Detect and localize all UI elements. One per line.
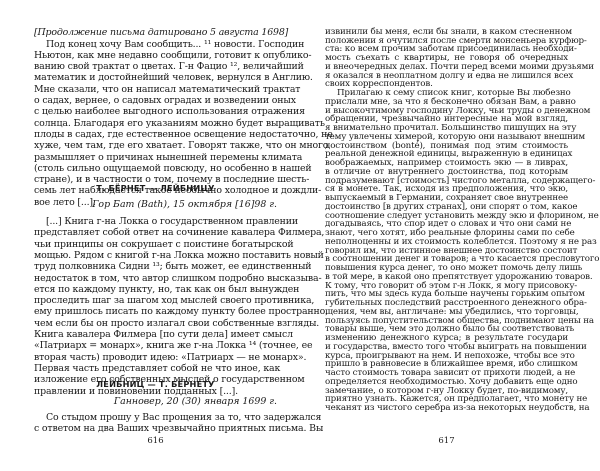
body-line: вторая часть) проводит идею: «Патриарх —… (34, 352, 277, 363)
body-line: ему пришлось писать по каждому пункту бо… (34, 306, 277, 317)
body-line: размышляет о причинах нынешней перемены … (34, 152, 277, 163)
left-page: [Продолжение письма датировано 5 августа… (34, 0, 277, 471)
letter-dateline: Ганновер, 20 (30) января 1699 г. (34, 396, 277, 407)
body-line: Книга кавалера Филмера [по сути дела] им… (34, 329, 277, 340)
body-line: о садах, вернее, о садовых оградах и воз… (34, 95, 277, 106)
body-line: проследить шаг за шагом ход мыслей своег… (34, 295, 277, 306)
body-line: представляет собой ответ на сочинение ка… (34, 227, 277, 238)
body-line: с целью наиболее выгодного использования… (34, 106, 277, 117)
continuation-note: [Продолжение письма датировано 5 августа… (34, 27, 277, 38)
body-line: ется по каждому пункту, но, так как он б… (34, 284, 277, 295)
body-line: чеканят из чистого серебра из-за некотор… (325, 404, 568, 413)
letter-dateline: Гор Бат (Bath), 15 октября [16]98 г. (34, 199, 277, 210)
body-line: Под конец хочу Вам сообщить... ¹¹ новост… (34, 39, 277, 50)
body-line: чьи принципы он сокрушает с поистине бог… (34, 239, 277, 250)
letter-heading: ЛЕЙБНИЦ — Т. БЁРНЕТУ (34, 379, 277, 389)
body-line: Мне сказали, что он написал математическ… (34, 84, 277, 95)
body-line: (столь сильно ощущаемой повсюду, но особ… (34, 163, 277, 174)
body-line: «Патриарх = монарх», книга же г-на Локка… (34, 340, 277, 351)
right-page: извинили бы меня, если бы знали, в каком… (325, 0, 568, 471)
body-line: мощью. Рядом с книгой г-на Локка можно п… (34, 250, 277, 261)
page-number: 616 (34, 436, 277, 446)
body-line: Ньютон, как мне недавно сообщили, готови… (34, 50, 277, 61)
body-line: математик и достойнейший человек, вернул… (34, 72, 277, 83)
body-line: недостаток в том, что автор слишком подр… (34, 273, 277, 284)
body-line: ванию свой трактат о цветах. Г-н Фацио ¹… (34, 61, 277, 72)
body-line: [...] Книга г-на Локка о государственном… (34, 216, 277, 227)
body-line: труд полковника Сидни ¹³; быть может, ее… (34, 261, 277, 272)
body-line: чем если бы он просто излагал свои собст… (34, 318, 277, 329)
body-line: плоды в садах, где естественное освещени… (34, 129, 277, 140)
body-line: солнца. Благодаря его указаниям можно бу… (34, 118, 277, 129)
body-line: Первая часть представляет собой не что и… (34, 363, 277, 374)
body-line: Со стыдом прошу у Вас прощения за то, чт… (34, 412, 277, 423)
page-number: 617 (325, 436, 568, 446)
body-line: с ответом на два Ваших чрезвычайно прият… (34, 423, 277, 434)
letter-heading: Т. БЁРНЕТ — ЛЕЙБНИЦУ (34, 183, 277, 193)
body-line: хуже, чем там, где его хватает. Говорят … (34, 140, 277, 151)
